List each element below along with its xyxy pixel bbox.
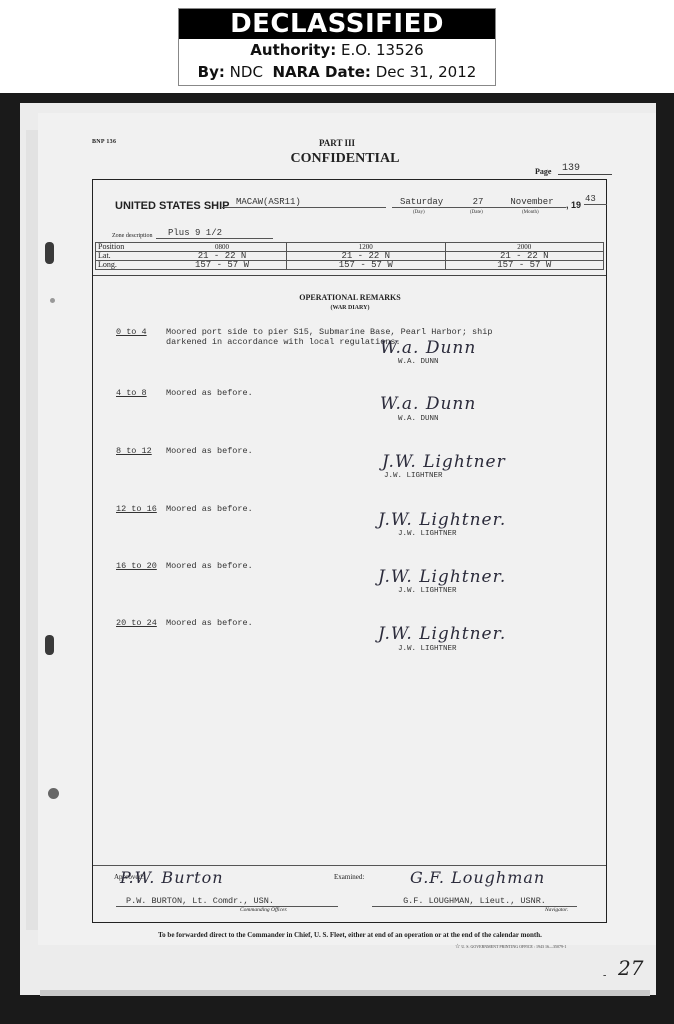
- binder-hole-icon: [45, 635, 54, 655]
- paper-fold: [26, 130, 38, 930]
- month-value: November: [498, 197, 566, 208]
- remark-text: Moored port side to pier S15, Submarine …: [166, 327, 536, 347]
- form-frame: [92, 179, 607, 923]
- signature: W.a. Dunn: [380, 394, 476, 414]
- watch-label: 16 to 20: [116, 561, 157, 571]
- date-caption: (Date): [470, 210, 483, 215]
- stamp-by: By: NDC NARA Date: Dec 31, 2012: [179, 61, 495, 83]
- signature: J.W. Lightner.: [378, 510, 506, 530]
- punch-hole-icon: [48, 788, 59, 799]
- navigator-caption: Navigator.: [545, 907, 568, 913]
- binder-hole-icon: [45, 242, 54, 264]
- paper-edge-shadow: [40, 990, 650, 996]
- long-label: Long.: [96, 261, 159, 270]
- star-icon: ☆: [455, 944, 460, 950]
- long-2000: 157 - 57 W: [445, 261, 604, 270]
- long-1200: 157 - 57 W: [287, 261, 446, 270]
- year-prefix: , 19: [566, 200, 581, 210]
- examined-name: G.F. LOUGHMAN, Lieut., USNR.: [372, 896, 577, 907]
- signature: W.a. Dunn: [380, 338, 476, 358]
- divider: [93, 275, 606, 276]
- month-caption: (Month): [522, 210, 539, 215]
- watch-label: 12 to 16: [116, 504, 157, 514]
- signer-name: J.W. LIGHTNER: [398, 645, 457, 653]
- handwritten-number: 27: [618, 956, 643, 980]
- signature: J.W. Lightner.: [378, 624, 506, 644]
- approved-signature: P.W. Burton: [120, 868, 224, 887]
- long-0800: 157 - 57 W: [158, 261, 287, 270]
- year-value: 43: [584, 194, 607, 205]
- signer-name: J.W. LIGHTNER: [398, 530, 457, 538]
- watch-label: 0 to 4: [116, 327, 147, 337]
- remarks-title: OPERATIONAL REMARKS: [0, 293, 674, 302]
- page-number: 139: [558, 163, 612, 175]
- remarks-subtitle: (WAR DIARY): [0, 305, 674, 311]
- longitude-row: Long. 157 - 57 W 157 - 57 W 157 - 57 W: [96, 261, 604, 270]
- day-value: Saturday: [392, 197, 460, 208]
- printer-imprint: ☆ U. S. GOVERNMENT PRINTING OFFICE : 194…: [455, 943, 566, 950]
- approved-name: P.W. BURTON, Lt. Comdr., USN.: [116, 896, 338, 907]
- day-caption: (Day): [413, 210, 425, 215]
- signer-name: W.A. DUNN: [398, 415, 439, 423]
- zone-value: Plus 9 1/2: [156, 228, 273, 239]
- commanding-officer-caption: Commanding Officer.: [240, 907, 287, 913]
- zone-label: Zone description: [112, 233, 153, 239]
- watch-label: 4 to 8: [116, 388, 147, 398]
- signer-name: J.W. LIGHTNER: [398, 587, 457, 595]
- signer-name: W.A. DUNN: [398, 358, 439, 366]
- footer-divider: [93, 865, 606, 866]
- forwarding-instruction: To be forwarded direct to the Commander …: [0, 931, 674, 939]
- stamp-authority: Authority: E.O. 13526: [179, 39, 495, 61]
- declassified-stamp: DECLASSIFIED Authority: E.O. 13526 By: N…: [178, 8, 496, 86]
- signature: J.W. Lightner.: [378, 567, 506, 587]
- stamp-title: DECLASSIFIED: [179, 9, 495, 39]
- part-heading: PART III: [0, 138, 674, 148]
- ship-name: MACAW(ASR11): [222, 197, 386, 208]
- signer-name: J.W. LIGHTNER: [384, 472, 443, 480]
- examined-label: Examined:: [334, 873, 364, 881]
- remark-text: Moored as before.: [166, 388, 536, 398]
- page-label: Page: [535, 167, 551, 176]
- examined-signature: G.F. Loughman: [410, 868, 545, 887]
- handwritten-dash: -: [603, 970, 606, 981]
- signature: J.W. Lightner: [382, 452, 506, 472]
- position-table: Position 0800 1200 2000 Lat. 21 - 22 N 2…: [95, 242, 604, 270]
- date-value: 27: [458, 197, 498, 208]
- watch-label: 8 to 12: [116, 446, 152, 456]
- watch-label: 20 to 24: [116, 618, 157, 628]
- ship-label: UNITED STATES SHIP: [115, 200, 230, 212]
